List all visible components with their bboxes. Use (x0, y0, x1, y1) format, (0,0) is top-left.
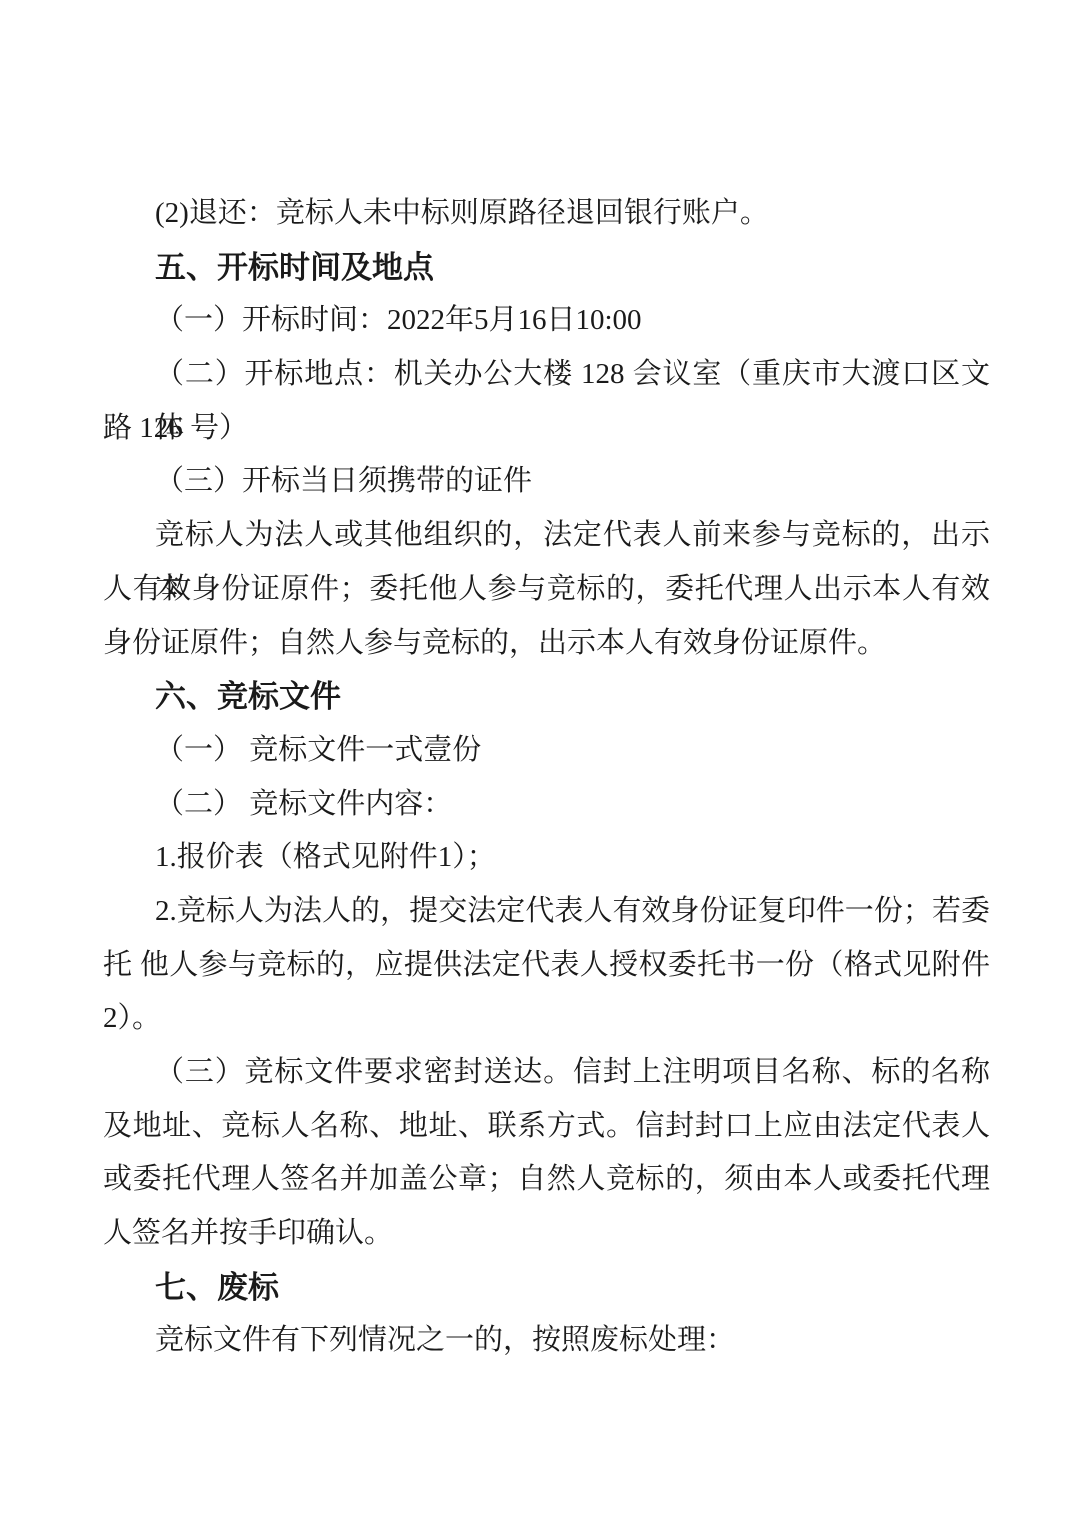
paragraph-line: 人有效身份证原件；委托他人参与竞标的，委托代理人出示本人有效 (103, 563, 990, 617)
section-heading: 五、开标时间及地点 (103, 241, 990, 295)
paragraph-line: 人签名并按手印确认。 (103, 1207, 990, 1261)
paragraph-line: （一）开标时间：2022年5月16日10:00 (103, 294, 990, 348)
paragraph-line: 2）。 (103, 992, 990, 1046)
document-page: (2)退还：竞标人未中标则原路径退回银行账户。五、开标时间及地点（一）开标时间：… (0, 0, 1074, 1520)
paragraph-line: （三）竞标文件要求密封送达。信封上注明项目名称、标的名称 (103, 1046, 990, 1100)
paragraph-line: 1.报价表（格式见附件1）； (103, 831, 990, 885)
paragraph-line: (2)退还：竞标人未中标则原路径退回银行账户。 (103, 187, 990, 241)
document-body: (2)退还：竞标人未中标则原路径退回银行账户。五、开标时间及地点（一）开标时间：… (103, 187, 990, 1368)
paragraph-line: 2.竞标人为法人的，提交法定代表人有效身份证复印件一份；若委 (103, 885, 990, 939)
section-heading: 七、废标 (103, 1261, 990, 1315)
paragraph-line: 及地址、竞标人名称、地址、联系方式。信封封口上应由法定代表人 (103, 1100, 990, 1154)
paragraph-line: （二）开标地点：机关办公大楼 128 会议室（重庆市大渡口区文体 (103, 348, 990, 402)
paragraph-line: （一） 竞标文件一式壹份 (103, 724, 990, 778)
paragraph-line: 路 126 号） (103, 402, 990, 456)
paragraph-line: （三）开标当日须携带的证件 (103, 455, 990, 509)
paragraph-line: 身份证原件；自然人参与竞标的，出示本人有效身份证原件。 (103, 617, 990, 671)
paragraph-line: 或委托代理人签名并加盖公章；自然人竞标的，须由本人或委托代理 (103, 1153, 990, 1207)
paragraph-line: 托 他人参与竞标的，应提供法定代表人授权委托书一份（格式见附件 (103, 939, 990, 993)
paragraph-line: （二） 竞标文件内容： (103, 778, 990, 832)
paragraph-line: 竞标文件有下列情况之一的，按照废标处理： (103, 1314, 990, 1368)
section-heading: 六、竞标文件 (103, 670, 990, 724)
paragraph-line: 竞标人为法人或其他组织的，法定代表人前来参与竞标的，出示本 (103, 509, 990, 563)
